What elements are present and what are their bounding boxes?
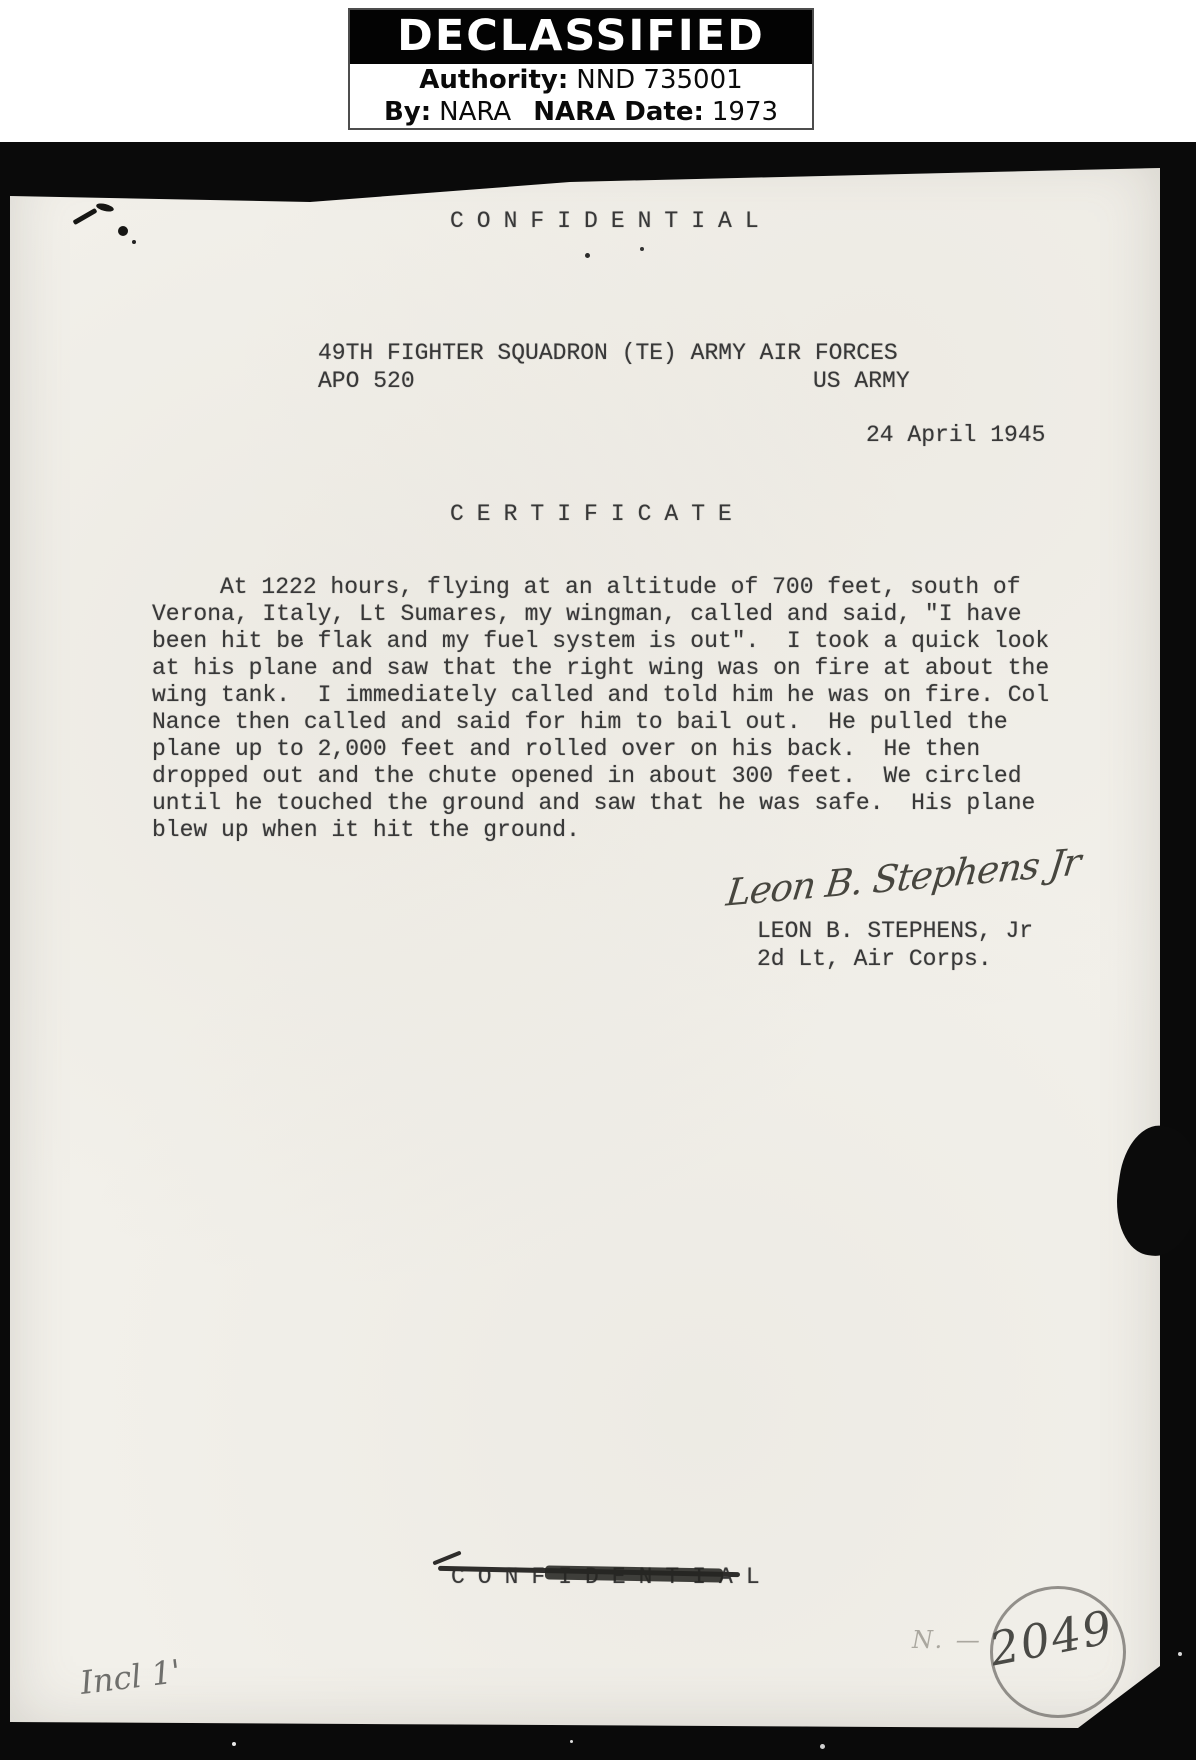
body-line: been hit be flak and my fuel system is o… [152,628,1049,655]
footer-number-label: N. — [912,1626,983,1654]
stamp-title: DECLASSIFIED [397,11,765,61]
body-line: Verona, Italy, Lt Sumares, my wingman, c… [152,601,1049,628]
circled-page-number: 2049 [990,1586,1126,1718]
dust-speck [1178,1652,1182,1656]
us-army-line: US ARMY [813,368,910,394]
body-line: blew up when it hit the ground. [152,817,1049,844]
dust-speck [820,1744,825,1749]
certificate-heading: CERTIFICATE [450,501,745,527]
stamp-by-line: By: NARA NARA Date: 1973 [350,96,812,128]
authority-value: NND 735001 [576,64,742,96]
by-label: By: [384,96,431,128]
authority-label: Authority: [419,64,568,96]
body-line: Nance then called and said for him to ba… [152,709,1049,736]
body-line: dropped out and the chute opened in abou… [152,763,1049,790]
dust-speck [232,1742,236,1746]
body-line: at his plane and saw that the right wing… [152,655,1049,682]
declassified-stamp: DECLASSIFIED Authority: NND 735001 By: N… [348,8,814,130]
nara-date-label: NARA Date: [533,96,704,128]
scan-page: DECLASSIFIED Authority: NND 735001 By: N… [0,0,1196,1760]
ink-speck [300,642,303,645]
ink-speck [132,240,136,244]
body-line: At 1222 hours, flying at an altitude of … [152,574,1049,601]
body-line: until he touched the ground and saw that… [152,790,1049,817]
stamp-banner: DECLASSIFIED [350,10,812,64]
ink-speck [585,253,590,258]
classification-top: CONFIDENTIAL [450,208,772,234]
body-paragraph: At 1222 hours, flying at an altitude of … [152,574,1049,844]
signature-name: LEON B. STEPHENS, Jr [757,918,1033,944]
page-number-value: 2049 [985,1600,1118,1677]
dust-speck [570,1740,573,1743]
apo-line: APO 520 [318,368,415,394]
document-date: 24 April 1945 [866,422,1045,448]
ink-speck [640,247,644,251]
body-line: wing tank. I immediately called and told… [152,682,1049,709]
nara-date-value: 1973 [712,96,778,128]
stamp-authority-line: Authority: NND 735001 [350,64,812,96]
by-value: NARA [439,96,511,128]
ink-mark [118,226,128,236]
body-line: plane up to 2,000 feet and rolled over o… [152,736,1049,763]
unit-line: 49TH FIGHTER SQUADRON (TE) ARMY AIR FORC… [318,340,898,366]
signature-rank: 2d Lt, Air Corps. [757,946,992,972]
